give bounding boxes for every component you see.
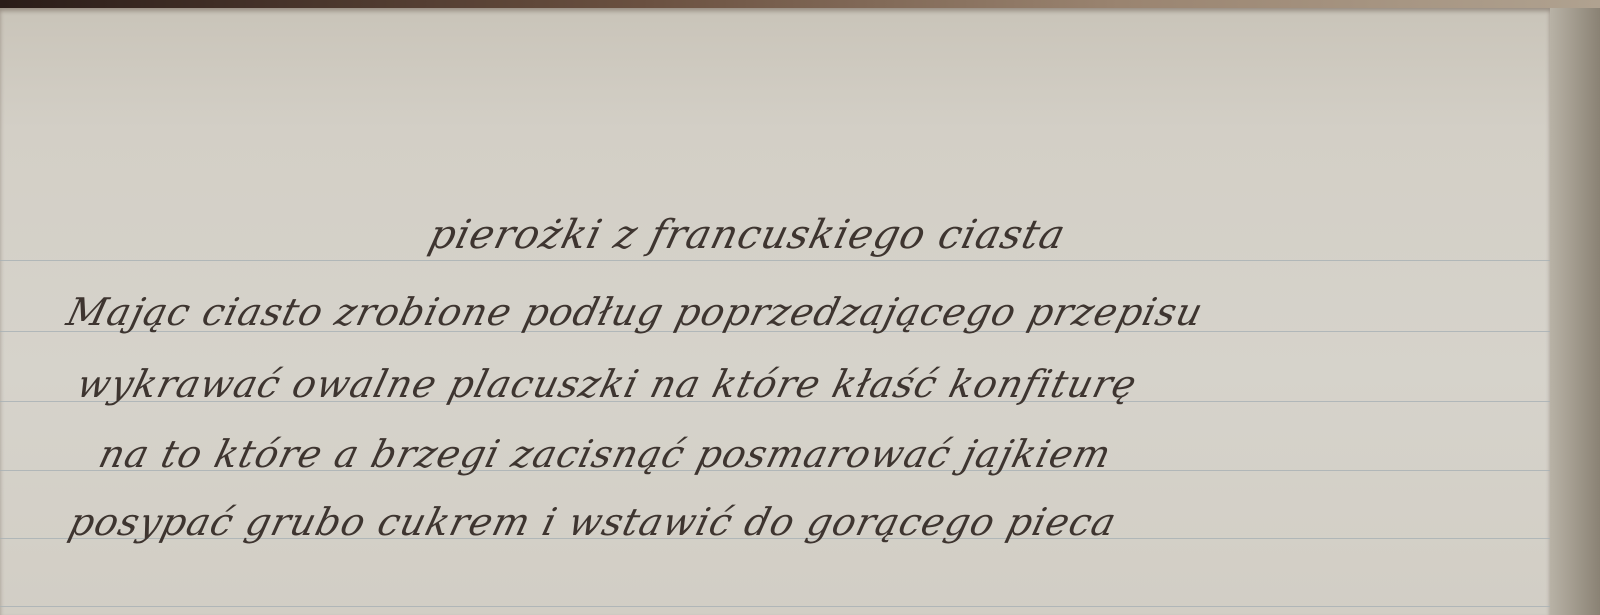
recipe-title: pierożki z francuskiego ciasta	[424, 212, 1070, 258]
text-line-4: posypać grubo cukrem i wstawić do gorące…	[65, 500, 1122, 544]
ruled-line	[0, 260, 1550, 261]
ruled-line	[0, 606, 1550, 607]
text-line-3: na to które a brzegi zacisnąć posmarować…	[95, 432, 1117, 476]
page-edge	[1550, 8, 1600, 615]
text-line-1: Mając ciasto zrobione podług poprzedzają…	[63, 290, 1208, 334]
text-line-2: wykrawać owalne placuszki na które kłaść…	[73, 362, 1142, 406]
